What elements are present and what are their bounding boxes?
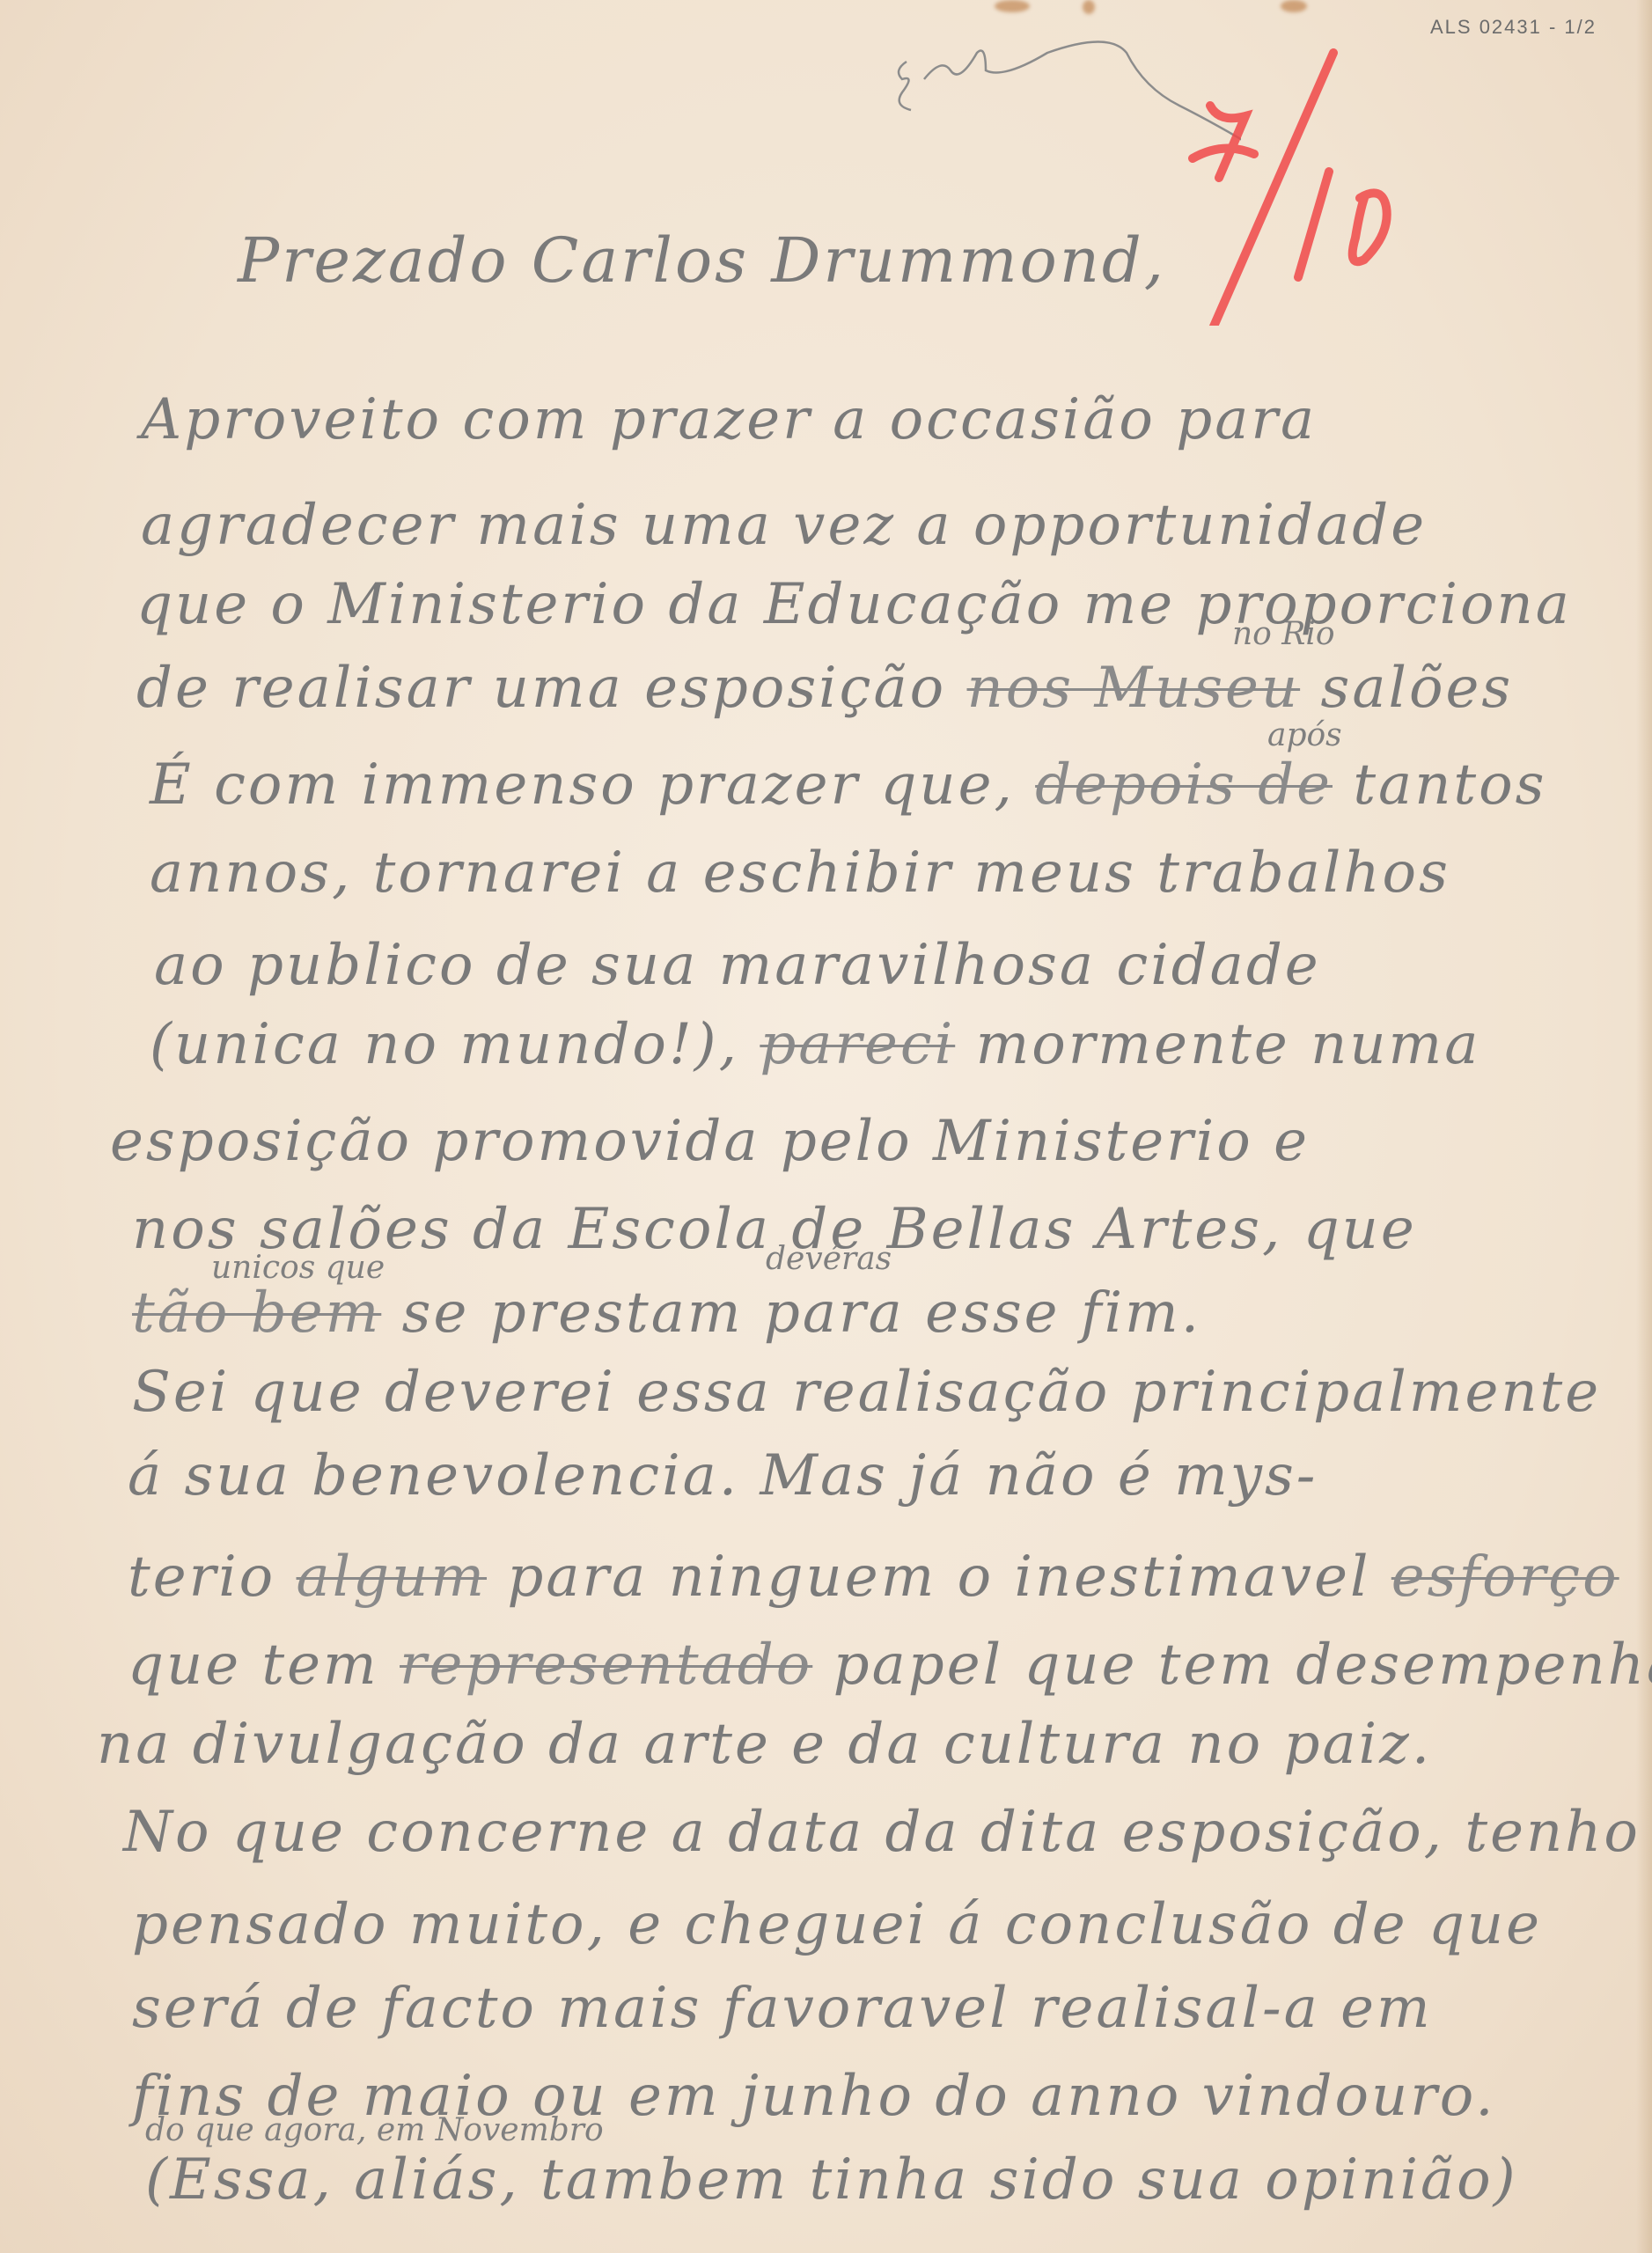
- letter-page: ALS 02431 - 1/2 Prezado Carlos Drummond,…: [0, 0, 1652, 2253]
- letter-line-11: tão bem se prestam para esse fim.: [132, 1281, 1201, 1346]
- rust-stain: [1281, 0, 1307, 12]
- letter-line-18: pensado muito, e cheguei á conclusão de …: [132, 1892, 1542, 1957]
- struck-text: algum: [297, 1545, 488, 1610]
- line-text: terio: [128, 1545, 297, 1610]
- line-text: papel que tem desempenhado: [812, 1633, 1652, 1698]
- line-text: mormente numa: [955, 1012, 1480, 1077]
- struck-text: depois de: [1035, 752, 1333, 818]
- letter-line-14: terio algum para ninguem o inestimavel e…: [128, 1545, 1619, 1610]
- letter-line-8: (unica no mundo!), pareci mormente numa: [150, 1012, 1480, 1077]
- letter-line-7: ao publico de sua maravilhosa cidade: [154, 933, 1321, 998]
- insert-deveras: devéras: [766, 1241, 892, 1277]
- letter-line-5: É com immenso prazer que, depois de tant…: [150, 752, 1547, 818]
- red-page-count-annotation: [1171, 35, 1452, 326]
- letter-line-17: No que concerne a data da dita esposição…: [123, 1800, 1641, 1865]
- letter-line-4: de realisar uma esposição nos Museu salõ…: [136, 656, 1513, 721]
- letter-greeting: Prezado Carlos Drummond,: [238, 224, 1166, 297]
- letter-line-13: á sua benevolencia. Mas já não é mys-: [128, 1443, 1318, 1508]
- rust-stain: [995, 0, 1030, 12]
- line-text: para ninguem o inestimavel: [487, 1545, 1391, 1610]
- paper-edge: [1636, 0, 1652, 2253]
- insert-do-que-agora: do que agora, em Novembro: [145, 2112, 604, 2148]
- letter-line-12: Sei que deverei essa realisação principa…: [132, 1360, 1601, 1425]
- letter-line-21: (Essa, aliás, tambem tinha sido sua opin…: [145, 2147, 1518, 2213]
- letter-line-6: annos, tornarei a eschibir meus trabalho…: [150, 840, 1450, 906]
- letter-line-2: agradecer mais uma vez a opportunidade: [141, 493, 1427, 558]
- line-text: (unica no mundo!),: [150, 1012, 760, 1077]
- letter-line-9: esposição promovida pelo Ministerio e: [110, 1109, 1310, 1174]
- line-text: tantos: [1333, 752, 1547, 818]
- insert-no-rio: no Rio: [1232, 616, 1335, 652]
- letter-line-15: que tem representado papel que tem desem…: [128, 1633, 1652, 1698]
- line-text: de realisar uma esposição: [136, 656, 967, 721]
- line-text: É com immenso prazer que,: [150, 752, 1035, 818]
- line-text: salões: [1300, 656, 1513, 721]
- struck-text: nos Museu: [967, 656, 1301, 721]
- struck-text: esforço: [1391, 1545, 1619, 1610]
- struck-text: tão bem: [132, 1281, 381, 1346]
- letter-line-3: que o Ministerio da Educação me proporci…: [136, 572, 1572, 637]
- struck-text: representado: [400, 1633, 812, 1698]
- letter-line-1: Aproveito com prazer a occasião para: [141, 387, 1317, 452]
- letter-line-19: será de facto mais favoravel realisal-a …: [132, 1976, 1433, 2041]
- archive-reference: ALS 02431 - 1/2: [1430, 16, 1597, 39]
- letter-line-16: na divulgação da arte e da cultura no pa…: [97, 1712, 1432, 1777]
- rust-stain: [1083, 0, 1095, 14]
- line-text: se prestam para esse fim.: [381, 1281, 1201, 1346]
- struck-text: pareci: [760, 1012, 955, 1077]
- line-text: que tem: [128, 1633, 400, 1698]
- insert-apos: após: [1267, 717, 1342, 753]
